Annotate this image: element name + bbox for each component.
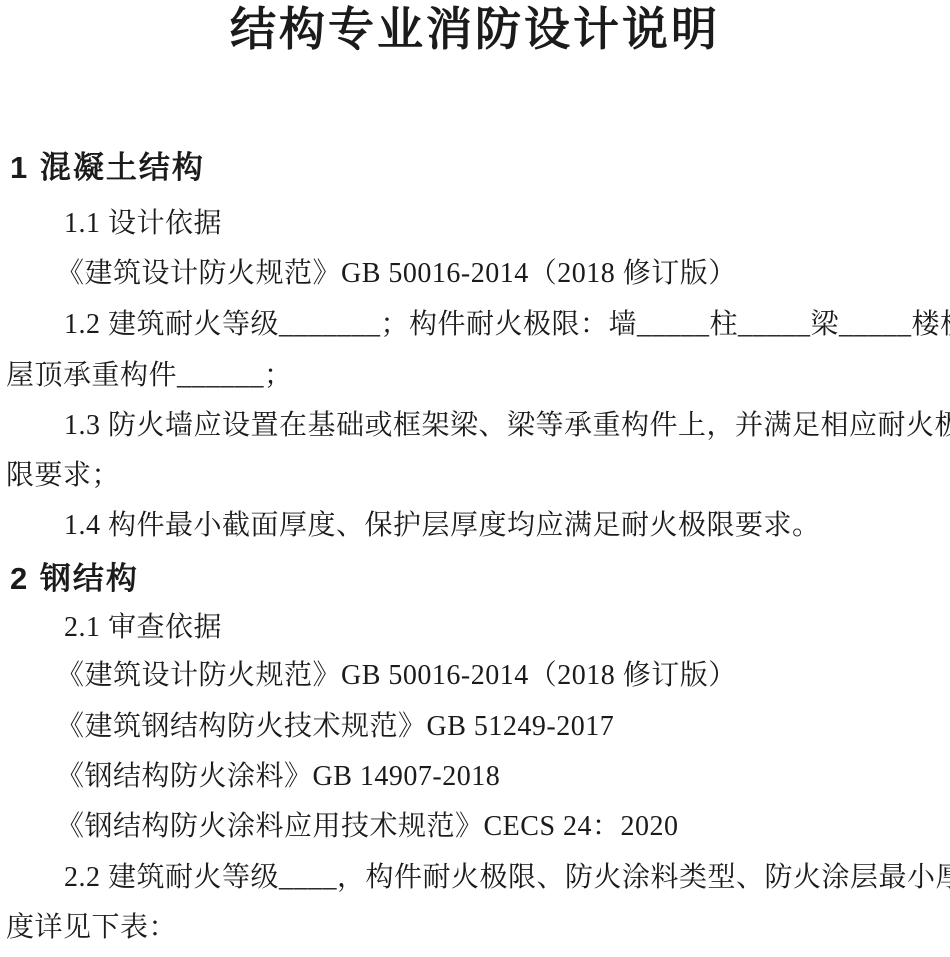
- doc-line-1-2-wrap-roof-members: 屋顶承重构件______；: [6, 360, 293, 392]
- doc-line-1-2-fire-rating-blanks: 1.2 建筑耐火等级_______；构件耐火极限：墙_____柱_____梁__…: [64, 309, 950, 341]
- doc-line-1-1-design-basis: 1.1 设计依据: [64, 208, 222, 240]
- doc-line-2-1-review-basis: 2.1 审查依据: [64, 612, 222, 644]
- doc-line-code-gb50016-steel: 《建筑设计防火规范》GB 50016-2014（2018 修订版）: [56, 660, 737, 692]
- doc-line-code-gb50016: 《建筑设计防火规范》GB 50016-2014（2018 修订版）: [56, 258, 737, 290]
- doc-line-code-gb14907: 《钢结构防火涂料》GB 14907-2018: [56, 761, 500, 793]
- section-heading-steel: 2 钢结构: [10, 561, 139, 597]
- doc-line-1-4-min-section: 1.4 构件最小截面厚度、保护层厚度均应满足耐火极限要求。: [64, 510, 821, 542]
- doc-line-2-2-fire-rating-blanks: 2.2 建筑耐火等级____，构件耐火极限、防火涂料类型、防火涂层最小厚: [64, 862, 950, 894]
- doc-line-1-3-firewall: 1.3 防火墙应设置在基础或框架梁、梁等承重构件上，并满足相应耐火极: [64, 410, 950, 442]
- doc-line-2-2-wrap-see-table: 度详见下表：: [6, 912, 177, 944]
- doc-line-code-cecs24: 《钢结构防火涂料应用技术规范》CECS 24：2020: [56, 811, 679, 843]
- doc-title: 结构专业消防设计说明: [0, 2, 950, 57]
- document-page: 结构专业消防设计说明 1 混凝土结构 1.1 设计依据 《建筑设计防火规范》GB…: [0, 0, 950, 957]
- doc-line-1-3-wrap-requirement: 限要求；: [6, 460, 120, 492]
- section-heading-concrete: 1 混凝土结构: [10, 150, 205, 186]
- doc-line-code-gb51249: 《建筑钢结构防火技术规范》GB 51249-2017: [56, 711, 614, 743]
